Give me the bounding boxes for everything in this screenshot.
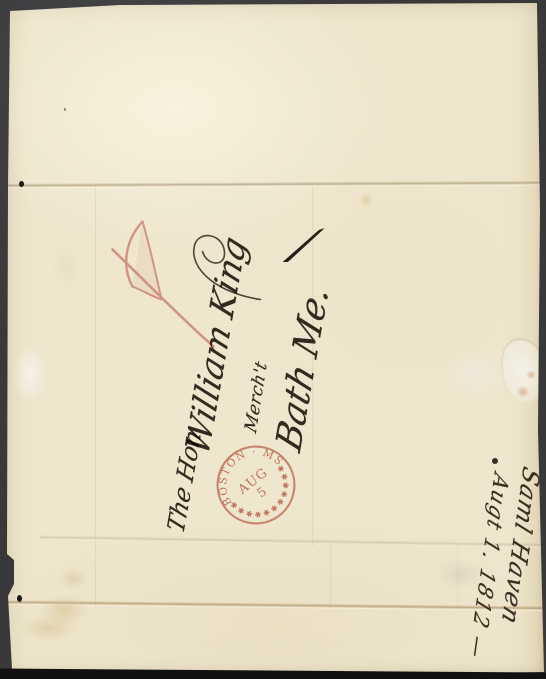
green-tape-fragment-upper (0, 355, 7, 397)
small-yellow-spot (358, 193, 374, 207)
fold-crease-vertical-left (95, 186, 97, 606)
stain-bottom-center (170, 636, 380, 658)
scanned-letter-cover: The Hon William King Merch't Bath Me. 7 … (0, 0, 546, 679)
rate-mark-value: 7 (111, 298, 112, 299)
postmark-day: 5 (254, 484, 269, 501)
stain-bottom-left-2 (18, 614, 80, 642)
boston-postmark: BOSTON · MS ✱✱✱✱✱✱✱✱✱✱✱ AUG 5 (189, 418, 324, 553)
rate-mark-seven (96, 207, 231, 357)
ink-blot-docket (492, 458, 498, 464)
brown-spot-right-1 (516, 386, 530, 398)
speck (64, 108, 66, 111)
fold-crease-horizontal-top (0, 181, 546, 189)
pin-hole-top (19, 181, 24, 187)
pale-patch-left (12, 345, 48, 403)
brown-spot-right-2 (526, 370, 536, 380)
address-place: Bath Me. (269, 280, 336, 457)
pen-flourish (185, 224, 265, 304)
pen-dash-after-place (280, 226, 327, 264)
stain-left-middle (52, 244, 80, 288)
svg-text:✱: ✱ (243, 508, 255, 520)
pin-hole-bottom (17, 595, 22, 602)
pale-patch-right (444, 350, 508, 400)
fold-crease-vertical-center-low (330, 545, 332, 607)
letter-paper: The Hon William King Merch't Bath Me. 7 … (0, 0, 546, 679)
faint-mark-right-low (438, 560, 480, 588)
fold-crease-horizontal-middle (40, 535, 546, 548)
address-name: William King (179, 231, 255, 461)
green-tape-fragment-lower (0, 403, 6, 414)
stain-bottom-left-3 (58, 568, 88, 590)
